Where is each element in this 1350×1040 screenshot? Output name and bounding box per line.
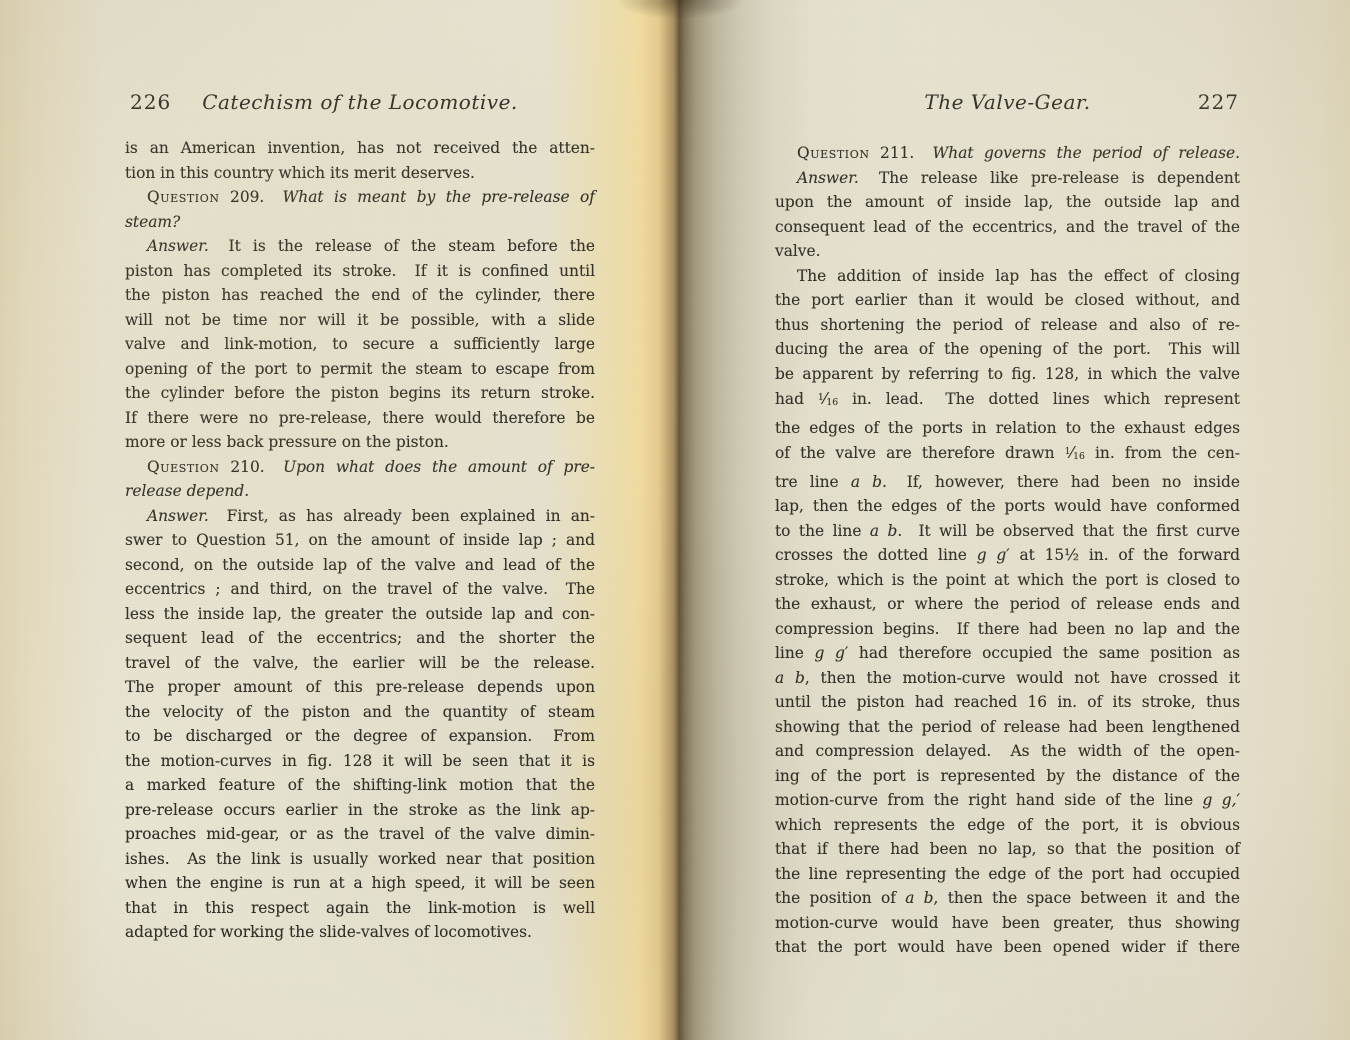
text-run: 209.: [220, 188, 283, 206]
text-run: the position of: [775, 889, 905, 907]
text-line: motion-curve would have been greater, th…: [775, 911, 1240, 936]
text-line: ishes. As the link is usually worked nea…: [125, 847, 595, 872]
text-run: Answer.: [797, 169, 859, 187]
text-run: ishes. As the link is usually worked nea…: [125, 850, 595, 868]
text-line: consequent lead of the eccentrics, and t…: [775, 215, 1240, 240]
text-line: that if there had been no lap, so that t…: [775, 837, 1240, 862]
text-run: Question: [797, 144, 870, 162]
text-line: upon the amount of inside lap, the outsi…: [775, 190, 1240, 215]
text-run: It is the release of the steam before th…: [209, 237, 595, 255]
page-left: 226 Catechism of the Locomotive. is an A…: [125, 90, 595, 945]
text-line: compression begins. If there had been no…: [775, 617, 1240, 642]
text-line: of the valve are therefore drawn 1⁄16 in…: [775, 440, 1240, 470]
text-run: 211.: [870, 144, 933, 162]
text-line: the edges of the ports in relation to th…: [775, 416, 1240, 441]
text-line: release depend.: [125, 479, 595, 504]
text-line: be apparent by referring to fig. 128, in…: [775, 362, 1240, 387]
text-run: when the engine is run at a high speed, …: [125, 874, 595, 892]
text-line: the position of a b, then the space betw…: [775, 886, 1240, 911]
text-line: pre-release occurs earlier in the stroke…: [125, 798, 595, 823]
text-run: , then the motion-curve would not have c…: [805, 669, 1240, 687]
page-number-right: 227: [1198, 90, 1239, 114]
text-run: If there were no pre-release, there woul…: [125, 409, 595, 427]
text-line: ing of the port is represented by the di…: [775, 764, 1240, 789]
text-run: more or less back pressure on the piston…: [125, 433, 449, 451]
text-line: the cylinder before the piston begins it…: [125, 381, 595, 406]
text-line: tion in this country which its merit des…: [125, 161, 595, 186]
text-line: travel of the valve, the earlier will be…: [125, 651, 595, 676]
text-run: Question: [147, 188, 220, 206]
text-run: g g′: [977, 546, 1010, 564]
page-left-header: 226 Catechism of the Locomotive.: [125, 90, 595, 116]
text-run: stroke, which is the point at which the …: [775, 571, 1240, 589]
text-run: Upon what does the amount of pre-: [283, 458, 595, 476]
text-line: the motion-curves in fig. 128 it will be…: [125, 749, 595, 774]
text-line: the exhaust, or where the period of rele…: [775, 592, 1240, 617]
text-line: had 1⁄16 in. lead. The dotted lines whic…: [775, 386, 1240, 416]
text-run: will not be time nor will it be possible…: [125, 311, 595, 329]
text-run: eccentrics ; and third, on the travel of…: [125, 580, 595, 598]
text-line: second, on the outside lap of the valve …: [125, 553, 595, 578]
text-run: the piston has reached the end of the cy…: [125, 286, 595, 304]
text-run: swer to Question 51, on the amount of in…: [125, 531, 595, 549]
text-run: a b: [870, 522, 898, 540]
text-line: lap, then the edges of the ports would h…: [775, 494, 1240, 519]
text-line: showing that the period of release had b…: [775, 715, 1240, 740]
text-run: the exhaust, or where the period of rele…: [775, 595, 1240, 613]
text-line: and compression delayed. As the width of…: [775, 739, 1240, 764]
text-line: a marked feature of the shifting-link mo…: [125, 773, 595, 798]
text-run: had: [775, 390, 818, 408]
text-run: travel of the valve, the earlier will be…: [125, 654, 595, 672]
text-line: motion-curve from the right hand side of…: [775, 788, 1240, 813]
text-run: consequent lead of the eccentrics, and t…: [775, 218, 1240, 236]
text-run: valve.: [775, 242, 821, 260]
text-line: proaches mid-gear, or as the travel of t…: [125, 822, 595, 847]
running-title-left: Catechism of the Locomotive.: [125, 90, 595, 114]
text-run: that in this respect again the link-moti…: [125, 899, 595, 917]
text-run: release depend.: [125, 482, 249, 500]
text-run: sequent lead of the eccentrics; and the …: [125, 629, 595, 647]
text-line: when the engine is run at a high speed, …: [125, 871, 595, 896]
text-run: opening of the port to permit the steam …: [125, 360, 595, 378]
text-line: stroke, which is the point at which the …: [775, 568, 1240, 593]
text-run: g g,′: [1203, 791, 1240, 809]
text-run: to the line: [775, 522, 870, 540]
text-line: will not be time nor will it be possible…: [125, 308, 595, 333]
text-line: The addition of inside lap has the effec…: [775, 264, 1240, 289]
text-run: Answer.: [147, 507, 209, 525]
text-run: , then the space between it and the: [934, 889, 1240, 907]
text-line: Question 209. What is meant by the pre-r…: [125, 185, 595, 210]
text-line: line g g′ had therefore occupied the sam…: [775, 641, 1240, 666]
text-run: and compression delayed. As the width of…: [775, 742, 1240, 760]
text-line: a b, then the motion-curve would not hav…: [775, 666, 1240, 691]
text-run: tion in this country which its merit des…: [125, 164, 475, 182]
page-right-body: Question 211. What governs the period of…: [775, 141, 1240, 960]
text-line: is an American invention, has not receiv…: [125, 136, 595, 161]
text-run: that if there had been no lap, so that t…: [775, 840, 1240, 858]
text-run: lap, then the edges of the ports would h…: [775, 497, 1240, 515]
page-right-header: The Valve-Gear. 227: [775, 90, 1240, 116]
text-run: crosses the dotted line: [775, 546, 977, 564]
text-line: piston has completed its stroke. If it i…: [125, 259, 595, 284]
text-run: that the port would have been opened wid…: [775, 938, 1240, 956]
text-run: . It will be observed that the first cur…: [897, 522, 1240, 540]
text-run: the port earlier than it would be closed…: [775, 291, 1240, 309]
text-run: the line representing the edge of the po…: [775, 865, 1240, 883]
text-line: which represents the edge of the port, i…: [775, 813, 1240, 838]
text-run: second, on the outside lap of the valve …: [125, 556, 595, 574]
text-run: be apparent by referring to fig. 128, in…: [775, 365, 1240, 383]
text-run: Answer.: [147, 237, 209, 255]
text-run: proaches mid-gear, or as the travel of t…: [125, 825, 595, 843]
text-line: adapted for working the slide-valves of …: [125, 920, 595, 945]
text-line: sequent lead of the eccentrics; and the …: [125, 626, 595, 651]
text-run: compression begins. If there had been no…: [775, 620, 1240, 638]
text-line: crosses the dotted line g g′ at 15½ in. …: [775, 543, 1240, 568]
text-run: line: [775, 644, 814, 662]
text-run: g g′: [814, 644, 848, 662]
fraction: 1⁄16: [1065, 444, 1085, 462]
text-run: . If, however, there had been no inside: [882, 473, 1240, 491]
text-line: Question 210. Upon what does the amount …: [125, 455, 595, 480]
text-run: ducing the area of the opening of the po…: [775, 340, 1240, 358]
text-run: of the valve are therefore drawn: [775, 444, 1065, 462]
text-run: the velocity of the piston and the quant…: [125, 703, 595, 721]
text-line: the velocity of the piston and the quant…: [125, 700, 595, 725]
text-run: less the inside lap, the greater the out…: [125, 605, 595, 623]
text-run: had therefore occupied the same position…: [848, 644, 1240, 662]
text-line: thus shortening the period of release an…: [775, 313, 1240, 338]
text-run: a marked feature of the shifting-link mo…: [125, 776, 595, 794]
text-run: First, as has already been explained in …: [209, 507, 595, 525]
text-line: the piston has reached the end of the cy…: [125, 283, 595, 308]
text-run: Question: [147, 458, 220, 476]
text-run: ing of the port is represented by the di…: [775, 767, 1240, 785]
fraction: 1⁄16: [818, 390, 838, 408]
text-run: What is meant by the pre-release of: [282, 188, 595, 206]
text-line: opening of the port to permit the steam …: [125, 357, 595, 382]
text-run: What governs the period of release.: [932, 144, 1240, 162]
text-line: valve.: [775, 239, 1240, 264]
text-run: a b: [905, 889, 933, 907]
text-line: less the inside lap, the greater the out…: [125, 602, 595, 627]
text-line: swer to Question 51, on the amount of in…: [125, 528, 595, 553]
text-line: more or less back pressure on the piston…: [125, 430, 595, 455]
text-line: that in this respect again the link-moti…: [125, 896, 595, 921]
text-run: in. lead. The dotted lines which represe…: [838, 390, 1240, 408]
text-line: Answer. The release like pre-release is …: [775, 166, 1240, 191]
text-run: tre line: [775, 473, 851, 491]
text-line: that the port would have been opened wid…: [775, 935, 1240, 960]
text-run: pre-release occurs earlier in the stroke…: [125, 801, 595, 819]
text-line: Question 211. What governs the period of…: [775, 141, 1240, 166]
text-line: ducing the area of the opening of the po…: [775, 337, 1240, 362]
text-run: valve and link-motion, to secure a suffi…: [125, 335, 595, 353]
text-line: the line representing the edge of the po…: [775, 862, 1240, 887]
text-run: in. from the cen-: [1085, 444, 1240, 462]
text-line: eccentrics ; and third, on the travel of…: [125, 577, 595, 602]
text-line: tre line a b. If, however, there had bee…: [775, 470, 1240, 495]
page-right: The Valve-Gear. 227 Question 211. What g…: [775, 90, 1240, 960]
text-run: adapted for working the slide-valves of …: [125, 923, 532, 941]
text-line: Answer. It is the release of the steam b…: [125, 234, 595, 259]
text-line: valve and link-motion, to secure a suffi…: [125, 332, 595, 357]
text-run: which represents the edge of the port, i…: [775, 816, 1240, 834]
running-title-right: The Valve-Gear.: [775, 90, 1240, 114]
text-run: The proper amount of this pre-release de…: [125, 678, 595, 696]
text-line: until the piston had reached 16 in. of i…: [775, 690, 1240, 715]
text-line: The proper amount of this pre-release de…: [125, 675, 595, 700]
text-line: If there were no pre-release, there woul…: [125, 406, 595, 431]
text-line: to the line a b. It will be observed tha…: [775, 519, 1240, 544]
text-run: the cylinder before the piston begins it…: [125, 384, 595, 402]
text-line: steam?: [125, 210, 595, 235]
text-run: thus shortening the period of release an…: [775, 316, 1240, 334]
text-run: 210.: [220, 458, 284, 476]
text-run: until the piston had reached 16 in. of i…: [775, 693, 1240, 711]
text-line: Answer. First, as has already been expla…: [125, 504, 595, 529]
text-run: the edges of the ports in relation to th…: [775, 419, 1240, 437]
text-run: to be discharged or the degree of expans…: [125, 727, 595, 745]
text-run: motion-curve would have been greater, th…: [775, 914, 1240, 932]
text-run: the motion-curves in fig. 128 it will be…: [125, 752, 595, 770]
text-line: to be discharged or the degree of expans…: [125, 724, 595, 749]
text-run: is an American invention, has not receiv…: [125, 139, 595, 157]
text-run: The addition of inside lap has the effec…: [797, 267, 1240, 285]
text-run: motion-curve from the right hand side of…: [775, 791, 1203, 809]
text-run: piston has completed its stroke. If it i…: [125, 262, 595, 280]
text-run: a b: [775, 669, 805, 687]
text-run: showing that the period of release had b…: [775, 718, 1240, 736]
text-run: The release like pre-release is dependen…: [859, 169, 1240, 187]
text-run: at 15½ in. of the forward: [1010, 546, 1240, 564]
text-run: a b: [851, 473, 882, 491]
page-left-body: is an American invention, has not receiv…: [125, 136, 595, 945]
text-run: steam?: [125, 213, 180, 231]
book-scan: 226 Catechism of the Locomotive. is an A…: [0, 0, 1350, 1040]
text-line: the port earlier than it would be closed…: [775, 288, 1240, 313]
text-run: upon the amount of inside lap, the outsi…: [775, 193, 1240, 211]
